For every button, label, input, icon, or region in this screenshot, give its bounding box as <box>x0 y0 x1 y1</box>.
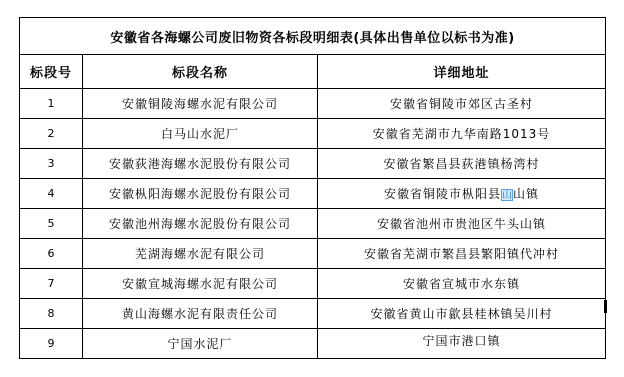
header-address[interactable]: 详细地址 <box>318 55 606 89</box>
cell-lot-no[interactable]: 3 <box>20 149 83 179</box>
table-row: 8 黄山海螺水泥有限责任公司 安徽省黄山市歙县桂林镇吴川村 <box>20 299 606 329</box>
cell-lot-name[interactable]: 芜湖海螺水泥有限公司 <box>83 239 318 269</box>
address-prefix: 安徽省铜陵市枞阳县 <box>384 187 501 201</box>
cell-lot-name[interactable]: 白马山水泥厂 <box>83 119 318 149</box>
table-row: 7 安徽宣城海螺水泥有限公司 安徽省宣城市水东镇 <box>20 269 606 299</box>
cell-lot-name[interactable]: 宁国水泥厂 <box>83 329 318 359</box>
table-title[interactable]: 安徽省各海螺公司废旧物资各标段明细表(具体出售单位以标书为准) <box>20 18 606 55</box>
cell-lot-no[interactable]: 9 <box>20 329 83 359</box>
cell-lot-no[interactable]: 6 <box>20 239 83 269</box>
cell-lot-no[interactable]: 2 <box>20 119 83 149</box>
address-suffix: 山镇 <box>513 187 539 201</box>
cell-lot-name[interactable]: 安徽枞阳海螺水泥股份有限公司 <box>83 179 318 209</box>
cell-lot-no[interactable]: 5 <box>20 209 83 239</box>
cell-address[interactable]: 安徽省铜陵市郊区古圣村 <box>318 89 606 119</box>
table-row: 3 安徽荻港海螺水泥股份有限公司 安徽省繁昌县荻港镇杨湾村 <box>20 149 606 179</box>
table-row: 4 安徽枞阳海螺水泥股份有限公司 安徽省铜陵市枞阳县山山镇 <box>20 179 606 209</box>
table-row: 5 安徽池州海螺水泥股份有限公司 安徽省池州市贵池区牛头山镇 <box>20 209 606 239</box>
cell-lot-no[interactable]: 8 <box>20 299 83 329</box>
header-lot-no[interactable]: 标段号 <box>20 55 83 89</box>
table-row: 6 芜湖海螺水泥有限公司 安徽省芜湖市繁昌县繁阳镇代冲村 <box>20 239 606 269</box>
cell-address[interactable]: 安徽省芜湖市九华南路1013号 <box>318 119 606 149</box>
cell-lot-name[interactable]: 安徽宣城海螺水泥有限公司 <box>83 269 318 299</box>
title-row: 安徽省各海螺公司废旧物资各标段明细表(具体出售单位以标书为准) <box>20 18 606 55</box>
cell-lot-no[interactable]: 7 <box>20 269 83 299</box>
table-row: 9 宁国水泥厂 宁国市港口镇 <box>20 329 606 359</box>
cell-address[interactable]: 安徽省宣城市水东镇 <box>318 269 606 299</box>
cell-lot-name[interactable]: 安徽荻港海螺水泥股份有限公司 <box>83 149 318 179</box>
cell-lot-no[interactable]: 1 <box>20 89 83 119</box>
row-resize-handle[interactable] <box>604 300 607 313</box>
lots-table: 安徽省各海螺公司废旧物资各标段明细表(具体出售单位以标书为准) 标段号 标段名称… <box>19 17 606 359</box>
header-lot-name[interactable]: 标段名称 <box>83 55 318 89</box>
cell-lot-name[interactable]: 安徽铜陵海螺水泥有限公司 <box>83 89 318 119</box>
cell-address[interactable]: 安徽省芜湖市繁昌县繁阳镇代冲村 <box>318 239 606 269</box>
table-row: 1 安徽铜陵海螺水泥有限公司 安徽省铜陵市郊区古圣村 <box>20 89 606 119</box>
cell-address[interactable]: 安徽省黄山市歙县桂林镇吴川村 <box>318 299 606 329</box>
cell-lot-no[interactable]: 4 <box>20 179 83 209</box>
cell-address[interactable]: 安徽省繁昌县荻港镇杨湾村 <box>318 149 606 179</box>
table-row: 2 白马山水泥厂 安徽省芜湖市九华南路1013号 <box>20 119 606 149</box>
cell-lot-name[interactable]: 安徽池州海螺水泥股份有限公司 <box>83 209 318 239</box>
cell-address[interactable]: 安徽省池州市贵池区牛头山镇 <box>318 209 606 239</box>
cell-address[interactable]: 宁国市港口镇 <box>318 329 606 359</box>
highlighted-char-icon: 山 <box>501 189 513 201</box>
header-row: 标段号 标段名称 详细地址 <box>20 55 606 89</box>
cell-address[interactable]: 安徽省铜陵市枞阳县山山镇 <box>318 179 606 209</box>
cell-lot-name[interactable]: 黄山海螺水泥有限责任公司 <box>83 299 318 329</box>
